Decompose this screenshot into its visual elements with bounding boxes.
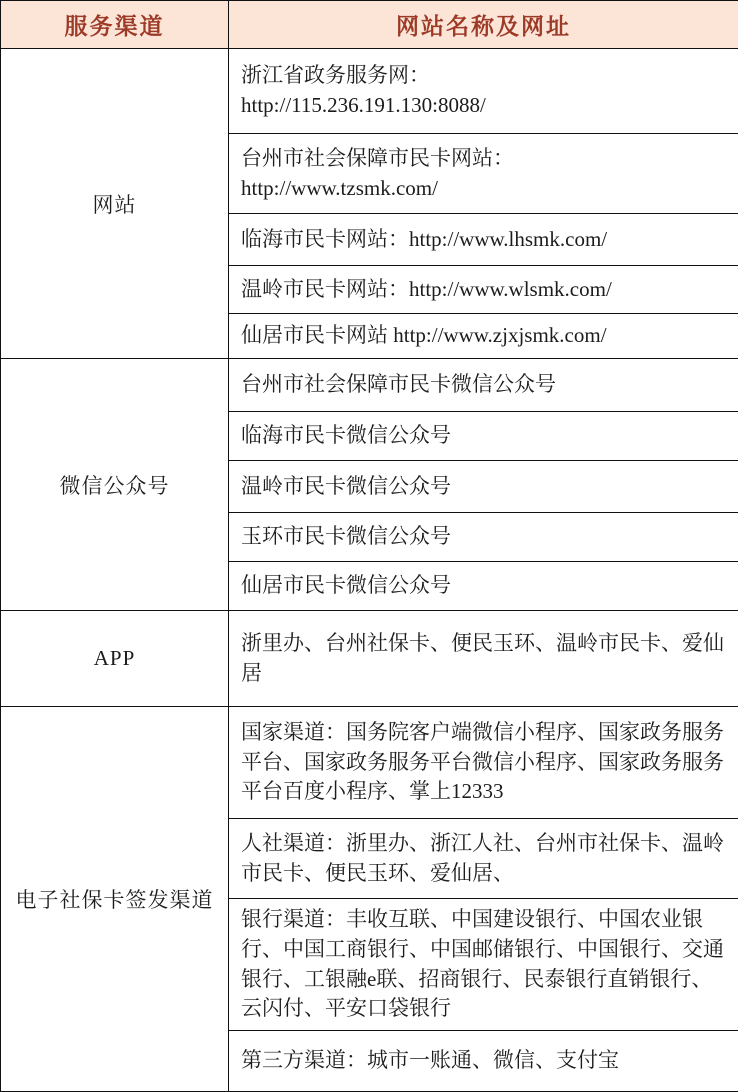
- channel-label-app: APP: [1, 611, 229, 707]
- channel-label-essc: 电子社保卡签发渠道: [1, 707, 229, 1092]
- channel-label-wechat: 微信公众号: [1, 359, 229, 611]
- channel-label-website: 网站: [1, 49, 229, 359]
- site-item: 仙居市民卡微信公众号: [229, 562, 738, 611]
- site-item: 台州市社会保障市民卡网站： http://www.tzsmk.com/: [229, 134, 738, 214]
- site-item: 第三方渠道：城市一账通、微信、支付宝: [229, 1031, 738, 1092]
- site-item: 银行渠道：丰收互联、中国建设银行、中国农业银行、中国工商银行、中国邮储银行、中国…: [229, 899, 738, 1031]
- site-item: 温岭市民卡微信公众号: [229, 461, 738, 513]
- site-item: 台州市社会保障市民卡微信公众号: [229, 359, 738, 412]
- table-row: 微信公众号 台州市社会保障市民卡微信公众号: [1, 359, 738, 412]
- site-item: 临海市民卡微信公众号: [229, 412, 738, 461]
- site-item: 玉环市民卡微信公众号: [229, 513, 738, 562]
- site-item: 国家渠道：国务院客户端微信小程序、国家政务服务平台、国家政务服务平台微信小程序、…: [229, 707, 738, 819]
- site-item: 仙居市民卡网站 http://www.zjxjsmk.com/: [229, 314, 738, 359]
- table-row: APP 浙里办、台州社保卡、便民玉环、温岭市民卡、爱仙居: [1, 611, 738, 707]
- col-header-site-name-url: 网站名称及网址: [229, 1, 738, 49]
- site-item: 浙江省政务服务网： http://115.236.191.130:8088/: [229, 49, 738, 134]
- site-item: 浙里办、台州社保卡、便民玉环、温岭市民卡、爱仙居: [229, 611, 738, 707]
- site-item: 温岭市民卡网站：http://www.wlsmk.com/: [229, 266, 738, 314]
- table-row: 网站 浙江省政务服务网： http://115.236.191.130:8088…: [1, 49, 738, 134]
- table-row: 电子社保卡签发渠道 国家渠道：国务院客户端微信小程序、国家政务服务平台、国家政务…: [1, 707, 738, 819]
- table-header-row: 服务渠道 网站名称及网址: [1, 1, 738, 49]
- service-channel-table: 服务渠道 网站名称及网址 网站 浙江省政务服务网： http://115.236…: [0, 0, 738, 1092]
- site-item: 临海市民卡网站：http://www.lhsmk.com/: [229, 214, 738, 266]
- col-header-service-channel: 服务渠道: [1, 1, 229, 49]
- site-item: 人社渠道：浙里办、浙江人社、台州市社保卡、温岭市民卡、便民玉环、爱仙居、: [229, 819, 738, 899]
